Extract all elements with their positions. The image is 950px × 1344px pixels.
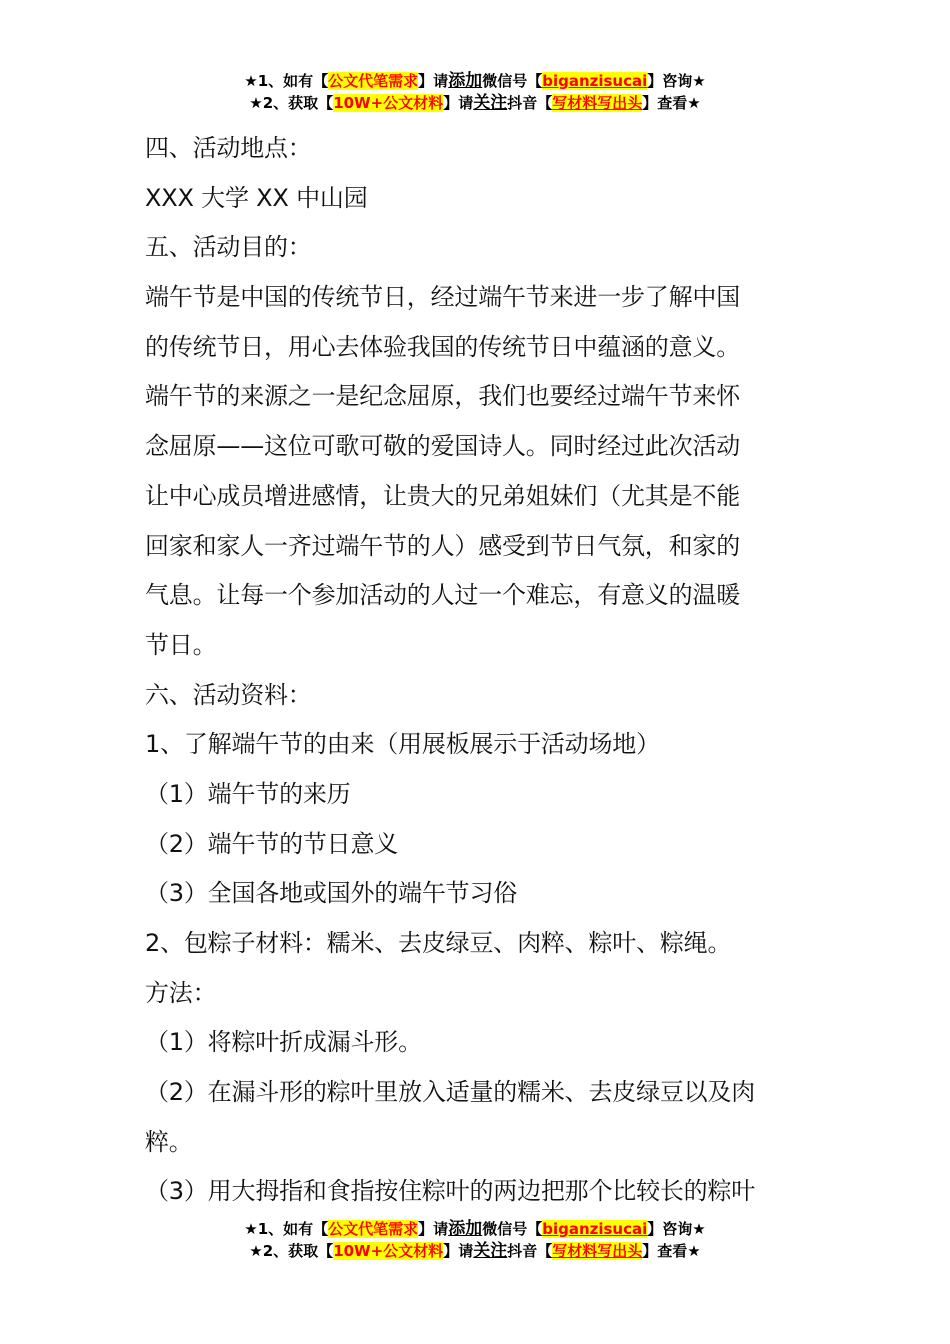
- section-heading-purpose: 五、活动目的：: [145, 223, 807, 273]
- banner-text: 】请: [443, 1242, 473, 1260]
- section-heading-location: 四、活动地点：: [145, 124, 807, 174]
- highlight-writing-service: 公文代笔需求: [328, 72, 418, 90]
- sub-list-item: （1）将粽叶折成漏斗形。: [145, 1018, 807, 1068]
- banner-text: 】咨询★: [647, 1220, 705, 1238]
- paragraph-line: 气息。让每一个参加活动的人过一个难忘，有意义的温暖: [145, 571, 807, 621]
- highlight-materials: 10W+公文材料: [333, 94, 443, 112]
- paragraph-line: 念屈原——这位可歌可敬的爱国诗人。同时经过此次活动: [145, 422, 807, 472]
- banner-text: 抖音【: [507, 94, 552, 112]
- highlight-materials: 10W+公文材料: [333, 1242, 443, 1260]
- paragraph-line: 端午节是中国的传统节日，经过端午节来进一步了解中国: [145, 273, 807, 323]
- footer-banner-line-1: ★1、如有【公文代笔需求】请添加微信号【biganzisucai】咨询★: [0, 1218, 950, 1240]
- list-item: 2、包粽子材料：糯米、去皮绿豆、肉粹、粽叶、粽绳。: [145, 919, 807, 969]
- method-heading: 方法：: [145, 969, 807, 1019]
- footer-banner-line-2: ★2、获取【10W+公文材料】请关注抖音【写材料写出头】查看★: [0, 1240, 950, 1262]
- underlined-add: 添加: [448, 1219, 482, 1239]
- banner-text: 抖音【: [507, 1242, 552, 1260]
- highlight-writing-service: 公文代笔需求: [328, 1220, 418, 1238]
- banner-text: ★2、获取【: [249, 94, 333, 112]
- footer-banner: ★1、如有【公文代笔需求】请添加微信号【biganzisucai】咨询★ ★2、…: [0, 1218, 950, 1262]
- banner-text: 微信号【: [482, 1220, 542, 1238]
- sub-list-item: （2）在漏斗形的粽叶里放入适量的糯米、去皮绿豆以及肉: [145, 1068, 807, 1118]
- list-item: 1、了解端午节的由来（用展板展示于活动场地）: [145, 720, 807, 770]
- paragraph-line: 回家和家人一齐过端午节的人）感受到节日气氛，和家的: [145, 522, 807, 572]
- paragraph-line: 粹。: [145, 1118, 807, 1168]
- wechat-id[interactable]: biganzisucai: [542, 1220, 647, 1238]
- banner-text: 】查看★: [642, 94, 700, 112]
- header-banner-line-2: ★2、获取【10W+公文材料】请关注抖音【写材料写出头】查看★: [0, 92, 950, 114]
- paragraph-line: 端午节的来源之一是纪念屈原，我们也要经过端午节来怀: [145, 372, 807, 422]
- wechat-id[interactable]: biganzisucai: [542, 72, 647, 90]
- banner-text: 微信号【: [482, 72, 542, 90]
- sub-list-item: （3）用大拇指和食指按住粽叶的两边把那个比较长的粽叶: [145, 1167, 807, 1217]
- location-text: XXX 大学 XX 中山园: [145, 174, 807, 224]
- banner-text: 】查看★: [642, 1242, 700, 1260]
- banner-text: 】请: [443, 94, 473, 112]
- paragraph-line: 的传统节日，用心去体验我国的传统节日中蕴涵的意义。: [145, 323, 807, 373]
- banner-text: 】咨询★: [647, 72, 705, 90]
- douyin-account[interactable]: 写材料写出头: [552, 1242, 642, 1260]
- document-body: 四、活动地点： XXX 大学 XX 中山园 五、活动目的： 端午节是中国的传统节…: [145, 124, 807, 1217]
- underlined-add: 添加: [448, 71, 482, 91]
- sub-list-item: （3）全国各地或国外的端午节习俗: [145, 869, 807, 919]
- paragraph-line: 节日。: [145, 621, 807, 671]
- section-heading-materials: 六、活动资料：: [145, 671, 807, 721]
- header-banner: ★1、如有【公文代笔需求】请添加微信号【biganzisucai】咨询★ ★2、…: [0, 70, 950, 114]
- underlined-follow: 关注: [473, 1241, 507, 1261]
- sub-list-item: （2）端午节的节日意义: [145, 820, 807, 870]
- banner-text: ★1、如有【: [244, 72, 328, 90]
- banner-text: ★2、获取【: [249, 1242, 333, 1260]
- douyin-account[interactable]: 写材料写出头: [552, 94, 642, 112]
- header-banner-line-1: ★1、如有【公文代笔需求】请添加微信号【biganzisucai】咨询★: [0, 70, 950, 92]
- paragraph-line: 让中心成员增进感情，让贵大的兄弟姐妹们（尤其是不能: [145, 472, 807, 522]
- banner-text: 】请: [418, 1220, 448, 1238]
- banner-text: ★1、如有【: [244, 1220, 328, 1238]
- banner-text: 】请: [418, 72, 448, 90]
- sub-list-item: （1）端午节的来历: [145, 770, 807, 820]
- underlined-follow: 关注: [473, 93, 507, 113]
